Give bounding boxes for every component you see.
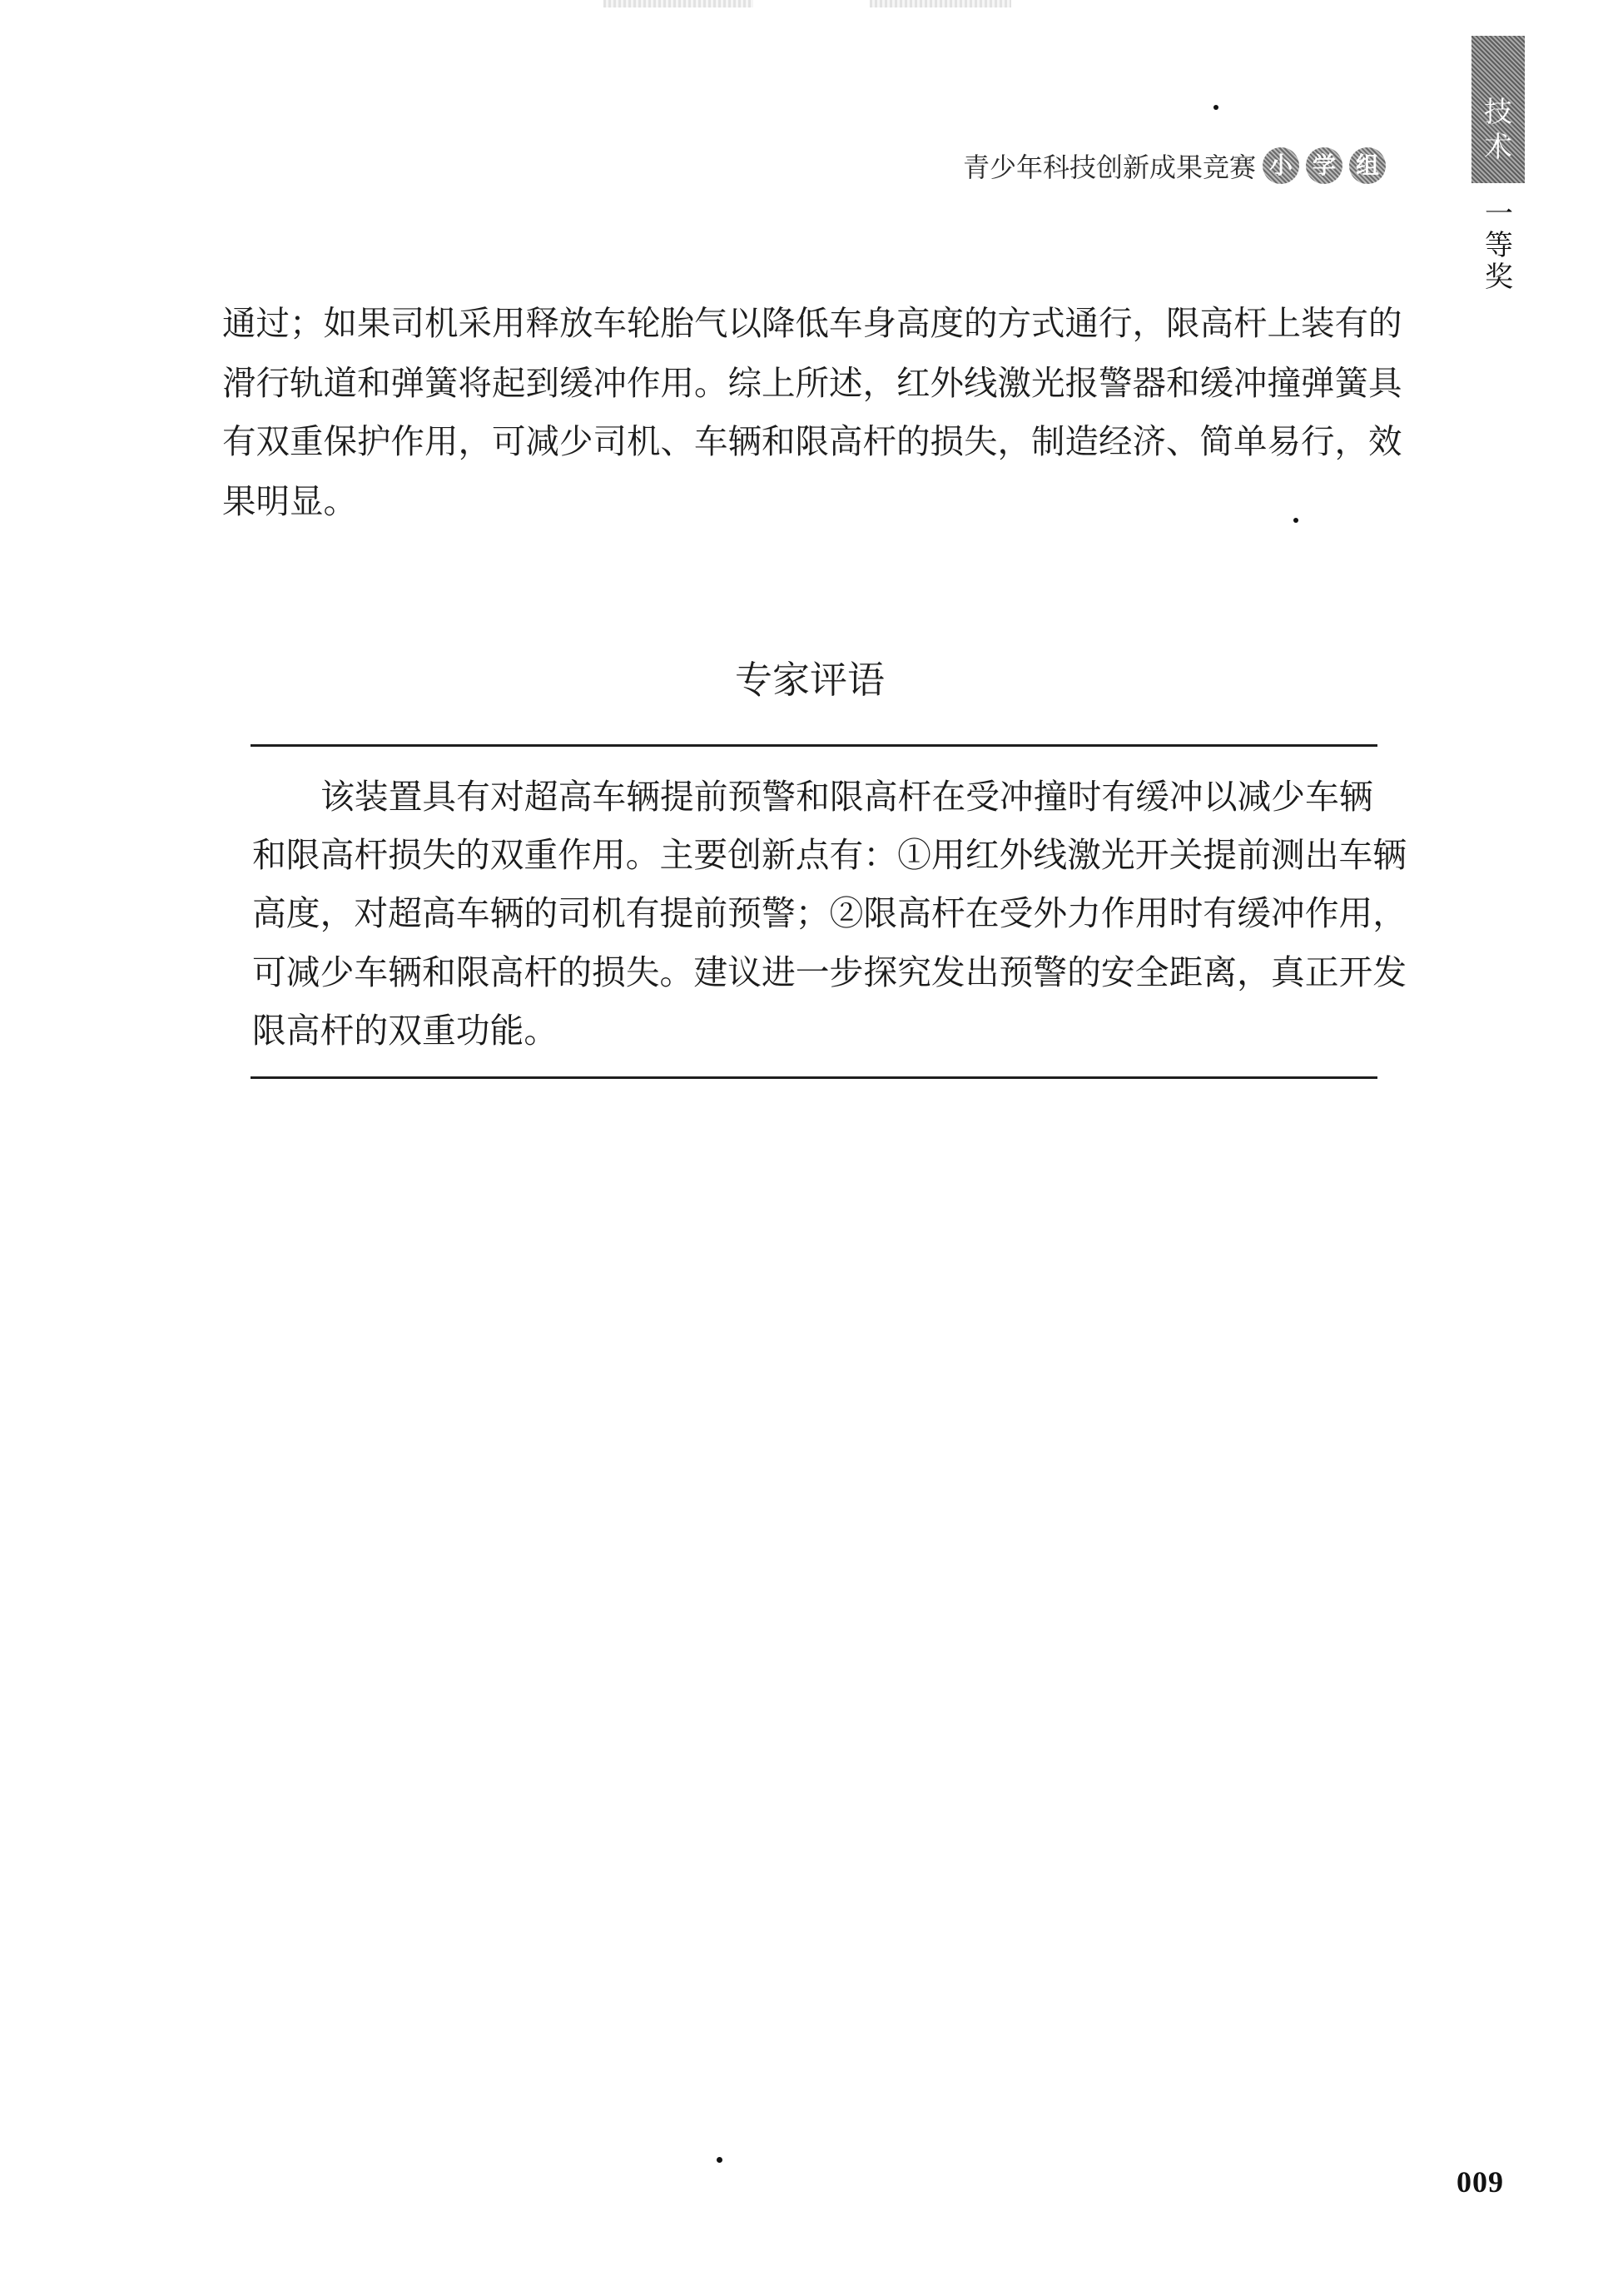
group-badge-3: 组 [1349,147,1386,184]
body-line: 果明显。 [222,480,357,522]
section-tab-char: 技 [1484,95,1512,130]
comment-line: 可减少车辆和限高杆的损失。建议进一步探究发出预警的安全距离，真正开发 [252,952,1407,993]
body-line: 通过；如果司机采用释放车轮胎气以降低车身高度的方式通行，限高杆上装有的 [222,302,1402,344]
award-char: 一 [1485,198,1513,230]
scan-artifact-top-right [870,0,1011,7]
comment-line: 该装置具有对超高车辆提前预警和限高杆在受冲撞时有缓冲以减少车辆 [320,776,1373,818]
comment-line: 和限高杆损失的双重作用。主要创新点有：①用红外线激光开关提前测出车辆 [252,834,1407,876]
section-tab-char: 术 [1484,130,1512,165]
group-badge-2: 学 [1306,147,1342,184]
competition-title: 青少年科技创新成果竞赛 [963,147,1256,185]
comment-line: 限高杆的双重功能。 [252,1010,558,1051]
expert-comment-heading: 专家评语 [0,659,1598,701]
comment-line: 高度，对超高车辆的司机有提前预警；②限高杆在受外力作用时有缓冲作用， [252,892,1407,934]
scan-speck [717,2157,722,2163]
page-number: 009 [1457,2164,1504,2199]
divider-top [251,744,1377,747]
group-badge-1: 小 [1263,147,1299,184]
divider-bottom [251,1076,1377,1079]
section-tab: 技 术 [1471,36,1525,183]
award-label: 一 等 奖 [1478,198,1520,293]
scan-artifact-top-left [603,0,753,7]
body-line: 有双重保护作用，可减少司机、车辆和限高杆的损失，制造经济、简单易行，效 [222,420,1402,462]
scan-speck [1213,105,1218,110]
body-line: 滑行轨道和弹簧将起到缓冲作用。综上所述，红外线激光报警器和缓冲撞弹簧具 [222,362,1402,404]
scan-speck [1293,518,1298,523]
award-char: 奖 [1485,261,1513,293]
award-char: 等 [1485,230,1513,261]
running-header: 青少年科技创新成果竞赛 小 学 组 [963,148,1386,183]
